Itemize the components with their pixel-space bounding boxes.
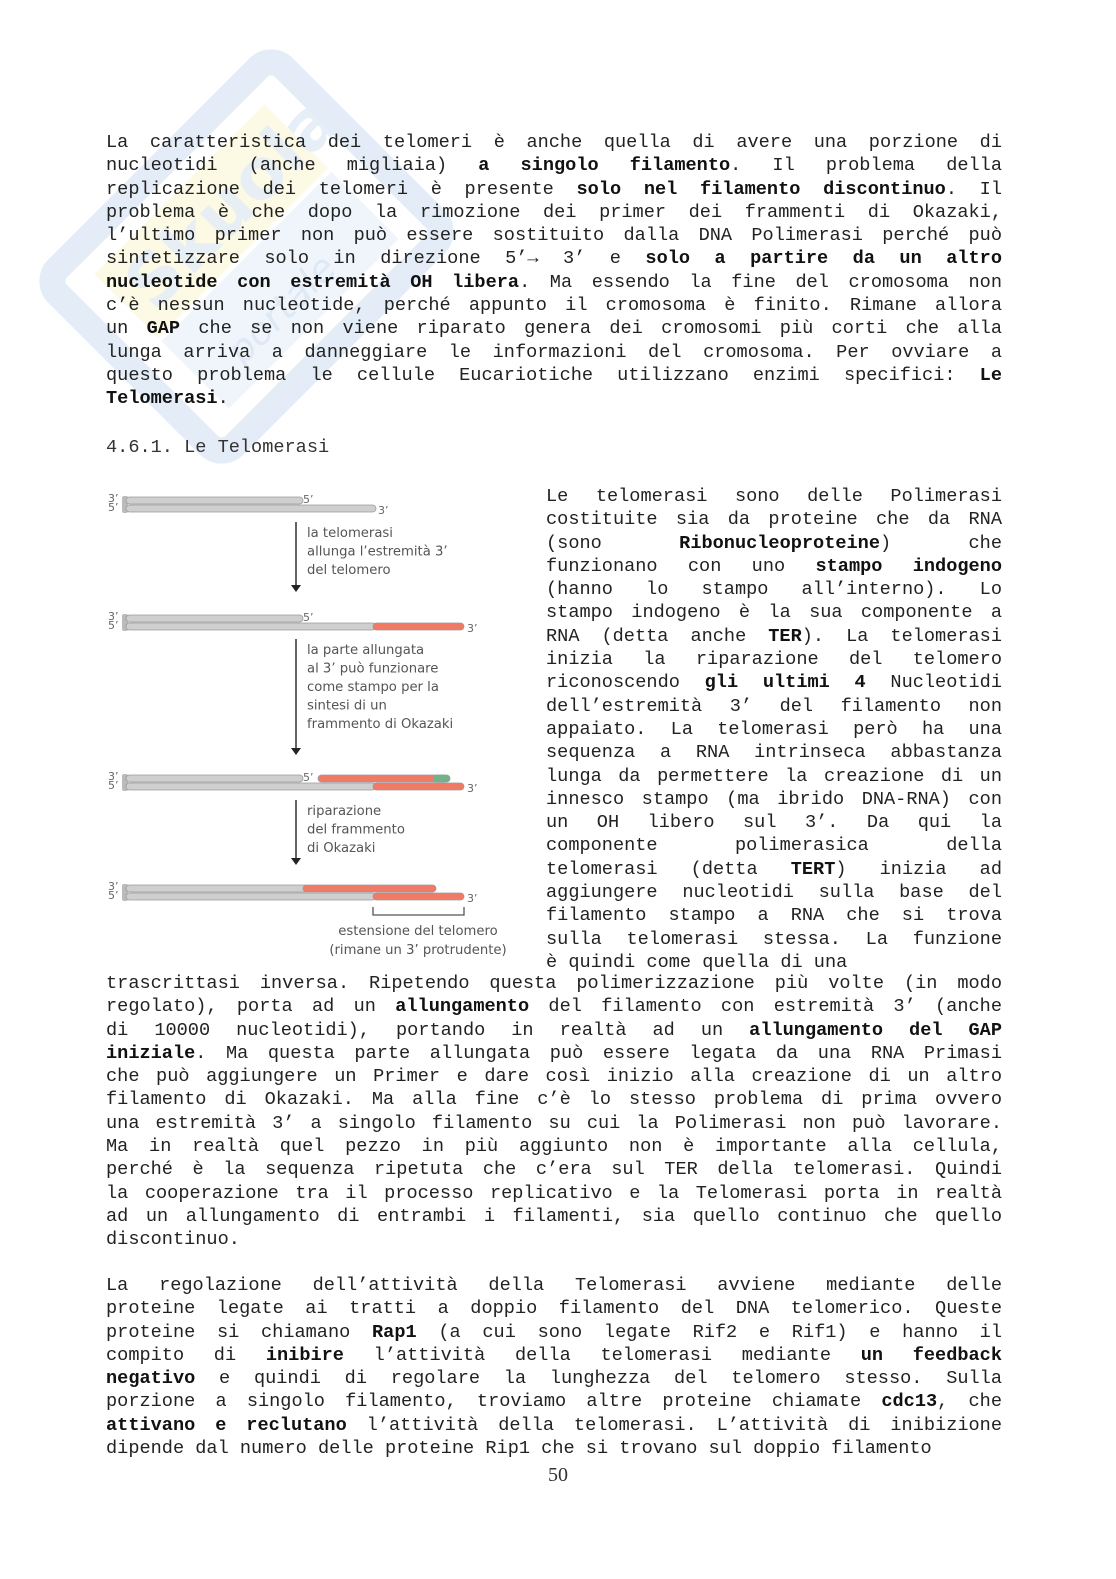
text-line: sintetizzare solo in direzione 5’→ 3’ e …	[106, 247, 1002, 270]
text-line: telomerasi (detta TERT) inizia ad	[546, 858, 1002, 881]
text-line: sulla telomerasi stessa. La funzione	[546, 928, 1002, 951]
svg-text:riparazione: riparazione	[307, 804, 381, 819]
text-line: La caratteristica dei telomeri è anche q…	[106, 131, 1002, 154]
text-line: compito di inibire l’attività della telo…	[106, 1344, 1002, 1367]
text-line: (hanno lo stampo all’interno). Lo	[546, 578, 1002, 601]
text-line: La regolazione dell’attività della Telom…	[106, 1274, 1002, 1297]
text-line: la cooperazione tra il processo replicat…	[106, 1182, 1002, 1205]
document-page: Skuola portale La caratteristica dei tel…	[0, 0, 1116, 1579]
text-line: RNA (detta anche TER). La telomerasi	[546, 625, 1002, 648]
text-line: che può aggiungere un Primer e dare così…	[106, 1065, 1002, 1088]
text-line: un GAP che se non viene riparato genera …	[106, 317, 1002, 340]
text-line: appaiato. La telomerasi però ha una	[546, 718, 1002, 741]
text-line: problema è che dopo la rimozione dei pri…	[106, 201, 1002, 224]
svg-text:sintesi di un: sintesi di un	[307, 699, 387, 714]
text-line: discontinuo.	[106, 1228, 1002, 1251]
text-line: è quindi come quella di una	[546, 951, 1002, 974]
svg-text:3’: 3’	[467, 622, 478, 635]
svg-text:allunga l’estremità 3’: allunga l’estremità 3’	[307, 544, 448, 560]
svg-text:(rimane un 3’ protrudente): (rimane un 3’ protrudente)	[329, 943, 506, 958]
text-line: questo problema le cellule Eucariotiche …	[106, 364, 1002, 387]
text-line: dipende dal numero delle proteine Rip1 c…	[106, 1437, 1002, 1460]
text-line: attivano e reclutano l’attività della te…	[106, 1414, 1002, 1437]
text-line: porzione a singolo filamento, troviamo a…	[106, 1390, 1002, 1413]
page-number: 50	[0, 1464, 1116, 1487]
svg-text:di Okazaki: di Okazaki	[307, 841, 375, 856]
svg-text:5’: 5’	[303, 493, 314, 506]
text-line: proteine legate ai tratti a doppio filam…	[106, 1297, 1002, 1320]
telomerase-figure: 3’5’5’3’3’5’5’3’3’5’5’3’3’5’3’estensione…	[108, 487, 528, 967]
intro-paragraph: La caratteristica dei telomeri è anche q…	[106, 131, 1002, 411]
svg-text:come stampo per la: come stampo per la	[307, 680, 439, 695]
text-line: c’è nessun nucleotide, perché appunto il…	[106, 294, 1002, 317]
text-line: Telomerasi.	[106, 387, 1002, 410]
telomere-extension-diagram: 3’5’5’3’3’5’5’3’3’5’5’3’3’5’3’estensione…	[108, 487, 528, 967]
text-line: l’ultimo primer non può essere sostituit…	[106, 224, 1002, 247]
text-line: di 10000 nucleotidi), portando in realtà…	[106, 1019, 1002, 1042]
text-line: sequenza a RNA intrinseca abbastanza	[546, 741, 1002, 764]
svg-text:3’: 3’	[467, 782, 478, 795]
text-line: replicazione dei telomeri è presente sol…	[106, 178, 1002, 201]
text-line: riconoscendo gli ultimi 4 Nucleotidi	[546, 671, 1002, 694]
svg-text:la telomerasi: la telomerasi	[307, 526, 393, 541]
regulation-paragraph: La regolazione dell’attività della Telom…	[106, 1274, 1002, 1460]
svg-text:al 3’ può funzionare: al 3’ può funzionare	[307, 661, 438, 677]
text-line: inizia la riparazione del telomero	[546, 648, 1002, 671]
text-line: aggiungere nucleotidi sulla base del	[546, 881, 1002, 904]
text-line: (sono Ribonucleoproteine) che	[546, 532, 1002, 555]
svg-text:5’: 5’	[108, 779, 119, 792]
text-line: componente polimerasica della	[546, 834, 1002, 857]
text-line: ad un allungamento di entrambi i filamen…	[106, 1205, 1002, 1228]
text-line: Ma in realtà quel pezzo in più aggiunto …	[106, 1135, 1002, 1158]
text-line: costituite sia da proteine che da RNA	[546, 508, 1002, 531]
svg-text:5’: 5’	[303, 611, 314, 624]
text-line: trascrittasi inversa. Ripetendo questa p…	[106, 972, 1002, 995]
svg-text:del frammento: del frammento	[307, 823, 405, 838]
svg-text:3’: 3’	[467, 892, 478, 905]
svg-text:5’: 5’	[108, 889, 119, 902]
svg-text:estensione del telomero: estensione del telomero	[338, 924, 497, 939]
svg-text:5’: 5’	[108, 619, 119, 632]
section-heading: 4.6.1. Le Telomerasi	[106, 437, 329, 458]
text-line: Le telomerasi sono delle Polimerasi	[546, 485, 1002, 508]
text-line: nucleotide con estremità OH libera. Ma e…	[106, 271, 1002, 294]
svg-text:5’: 5’	[108, 501, 119, 514]
text-line: funzionano con uno stampo indogeno	[546, 555, 1002, 578]
text-line: lunga da permettere la creazione di un	[546, 765, 1002, 788]
svg-text:del telomero: del telomero	[307, 563, 391, 578]
text-line: un OH libero sul 3’. Da qui la	[546, 811, 1002, 834]
telomerase-paragraph: Le telomerasi sono delle Polimerasicosti…	[546, 485, 1002, 974]
text-line: iniziale. Ma questa parte allungata può …	[106, 1042, 1002, 1065]
svg-text:5’: 5’	[303, 771, 314, 784]
text-line: stampo indogeno è la sua componente a	[546, 601, 1002, 624]
text-line: filamento stampo a RNA che si trova	[546, 904, 1002, 927]
text-line: una estremità 3’ a singolo filamento su …	[106, 1112, 1002, 1135]
text-line: nucleotidi (anche migliaia) a singolo fi…	[106, 154, 1002, 177]
text-line: innesco stampo (ma ibrido DNA-RNA) con	[546, 788, 1002, 811]
svg-text:la parte allungata: la parte allungata	[307, 643, 424, 658]
reverse-transcriptase-paragraph: trascrittasi inversa. Ripetendo questa p…	[106, 972, 1002, 1252]
text-line: filamento di Okazaki. Ma alla fine c’è l…	[106, 1088, 1002, 1111]
text-line: dell’estremità 3’ del filamento non	[546, 695, 1002, 718]
text-line: perché è la sequenza ripetuta che c’era …	[106, 1158, 1002, 1181]
text-line: lunga arriva a danneggiare le informazio…	[106, 341, 1002, 364]
svg-text:3’: 3’	[378, 504, 389, 517]
text-line: regolato), porta ad un allungamento del …	[106, 995, 1002, 1018]
text-line: negativo e quindi di regolare la lunghez…	[106, 1367, 1002, 1390]
svg-text:frammento di Okazaki: frammento di Okazaki	[307, 717, 453, 732]
text-line: proteine si chiamano Rap1 (a cui sono le…	[106, 1321, 1002, 1344]
